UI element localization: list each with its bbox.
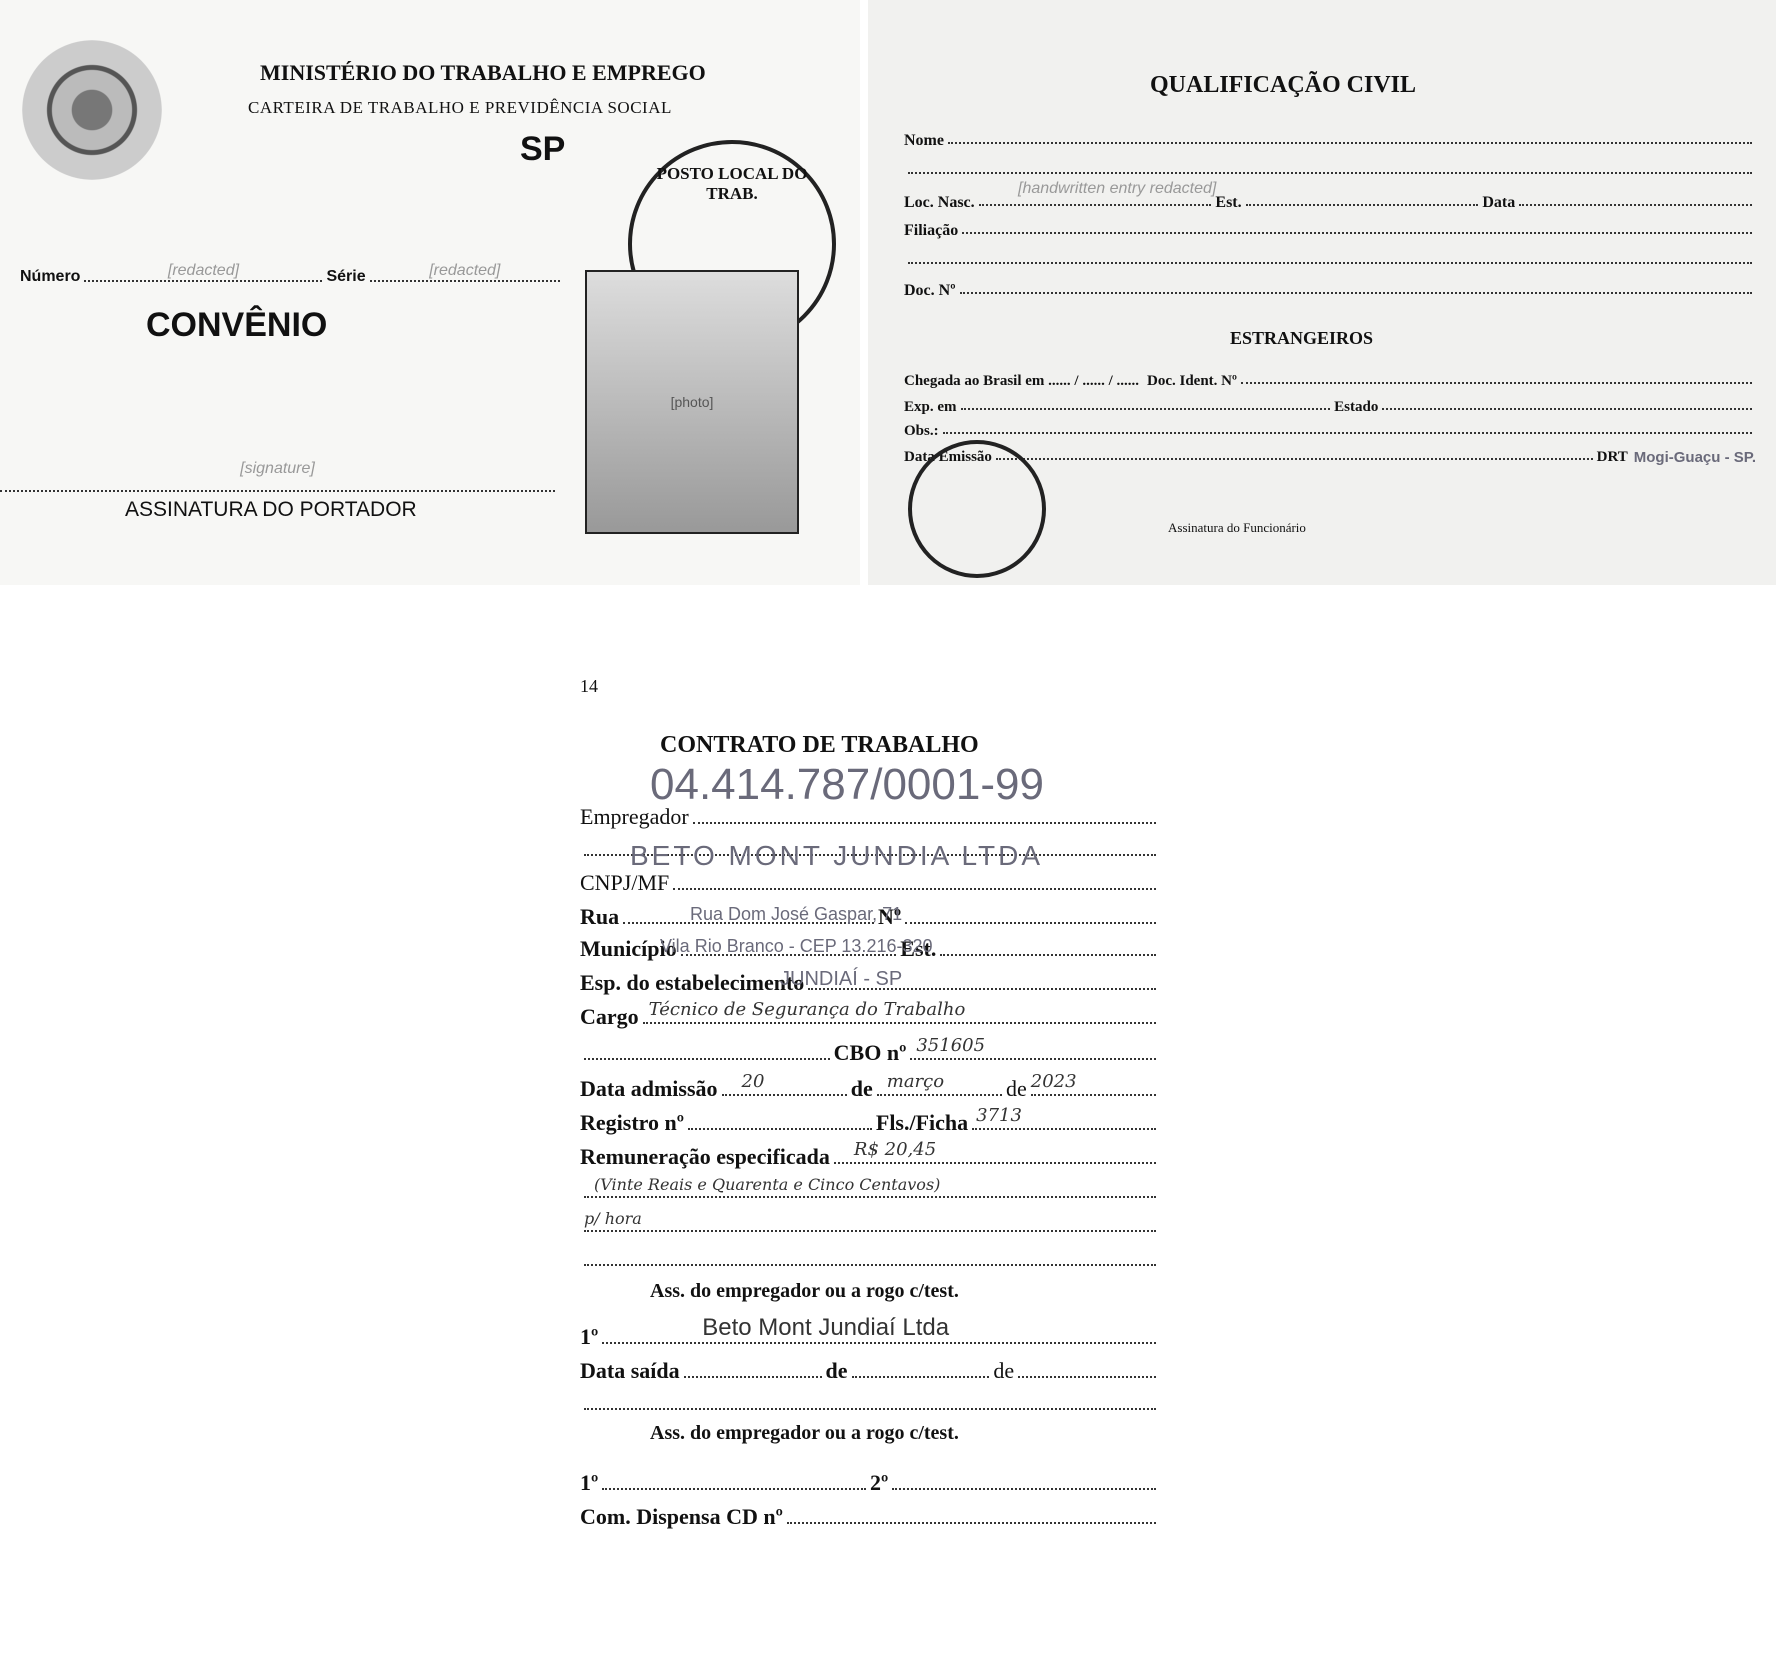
field-blank [580,1242,1160,1272]
ass-empregador-label-1: Ass. do empregador ou a rogo c/test. [650,1280,959,1303]
field-doc: Doc. Nº [904,270,1756,300]
field-nome: Nome [904,120,1756,150]
convenio-label: CONVÊNIO [146,306,327,345]
ctps-cover-page: MINISTÉRIO DO TRABALHO E EMPREGO CARTEIR… [0,0,860,585]
portrait-photo: [photo] [585,270,799,534]
document-subtitle: CARTEIRA DE TRABALHO E PREVIDÊNCIA SOCIA… [248,98,672,118]
field-data-emissao: Data EmissãoDRTMogi-Guaçu - SP. [904,436,1756,466]
ass-empregador-label-2: Ass. do empregador ou a rogo c/test. [650,1422,959,1445]
field-cargo: CargoTécnico de Segurança do Trabalho [580,1000,1160,1030]
city-stamp: JUNDIAÍ - SP [780,968,902,991]
assinatura-label: Assinatura do Funcionário [1168,520,1306,536]
state-code: SP [520,130,565,169]
page-title: CONTRATO DE TRABALHO [660,732,979,759]
field-data-admissao: Data admissão20demarçode2023 [580,1072,1160,1102]
drt-stamp [908,440,1046,578]
field-filiacao-cont [904,240,1756,270]
signature-line: [signature] [0,460,555,492]
field-nome-cont [904,150,1756,180]
field-remuneracao-extenso: (Vinte Reais e Quarenta e Cinco Centavos… [580,1174,1160,1204]
field-empregador: Empregador [580,800,1160,830]
page-number: 14 [580,676,598,697]
field-cbo: CBO nº351605 [580,1036,1160,1066]
address-stamp-2: Vila Rio Branco - CEP 13.216-320 [660,936,933,957]
field-blank-2 [580,1386,1160,1416]
field-assinaturas-2: 1º2º [580,1466,1160,1496]
field-registro: Registro nºFls./Ficha3713 [580,1106,1160,1136]
numero-serie-row: Número [redacted] Série [redacted] [20,246,560,286]
handwritten-redacted: [handwritten entry redacted] [1018,180,1216,198]
ministry-title: MINISTÉRIO DO TRABALHO E EMPREGO [260,60,706,86]
field-assinatura-1: 1ºBeto Mont Jundiaí Ltda [580,1320,1160,1350]
estrangeiros-heading: ESTRANGEIROS [1230,328,1373,349]
field-remuneracao-unidade: p/ hora [580,1208,1160,1238]
field-filiacao: Filiação [904,210,1756,240]
signature-label: ASSINATURA DO PORTADOR [125,498,417,522]
coat-of-arms-icon [22,40,162,180]
contrato-trabalho-page: 14 CONTRATO DE TRABALHO 04.414.787/0001-… [560,660,1180,1650]
field-data-saida: Data saídadede [580,1354,1160,1384]
qualificacao-civil-page: QUALIFICAÇÃO CIVIL Nome Loc. Nasc.Est.Da… [868,0,1776,585]
field-com-dispensa: Com. Dispensa CD nº [580,1500,1160,1530]
page-title: QUALIFICAÇÃO CIVIL [1150,72,1416,99]
field-cnpj: CNPJ/MF [580,866,1160,896]
field-remuneracao: Remuneração especificadaR$ 20,45 [580,1140,1160,1170]
address-stamp-1: Rua Dom José Gaspar, 71 [690,904,902,925]
